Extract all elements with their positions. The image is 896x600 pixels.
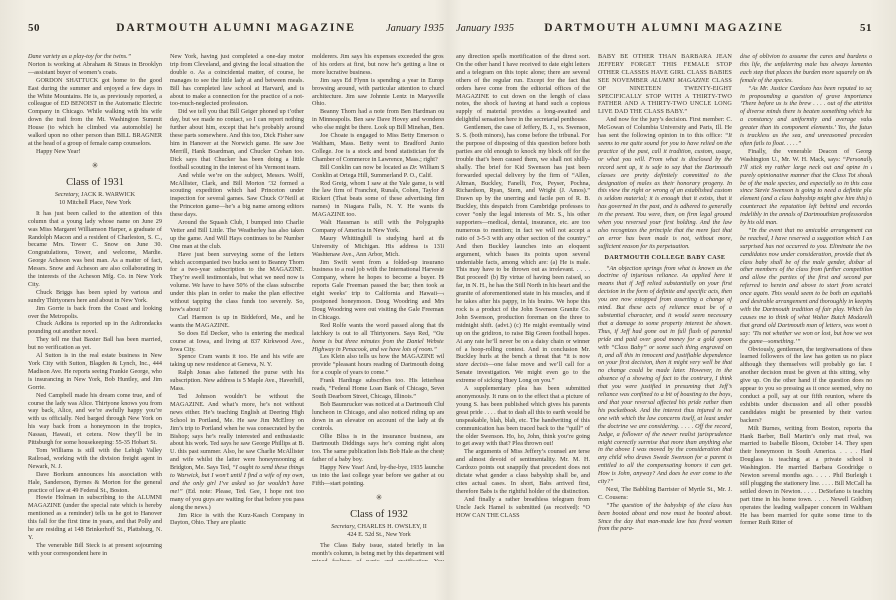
page-header-right: January 1935 DARTMOUTH ALUMNI MAGAZINE 5… xyxy=(456,22,872,40)
paragraph: “The question of the babyship of the cla… xyxy=(598,502,732,534)
paragraph: Dane variety as a play-toy for the twins… xyxy=(28,53,162,61)
paragraph: And while we’re on the subject, Messrs. … xyxy=(170,172,304,219)
secretary-line: Secretary, JACK R. WARWICK xyxy=(28,191,162,199)
text-columns: Dane variety as a play-toy for the twins… xyxy=(28,53,444,561)
page-number: 51 xyxy=(794,22,872,34)
text-column-2: BABY BE OTHER THAN BARBARA JEAN JEFFERY … xyxy=(598,53,732,561)
secretary-address: 10 Mitchell Place, New York xyxy=(28,199,162,207)
text-column-2: New York, having just completed a one-da… xyxy=(170,53,304,561)
paragraph: GORDON SHATTUCK got home to the good Eas… xyxy=(28,77,162,148)
paragraph: Around the Squash Club, I bumped into Ch… xyxy=(170,219,304,251)
paragraph: Finally, the venerable Deacon of George … xyxy=(740,148,872,227)
text-column-1: Dane variety as a play-toy for the twins… xyxy=(28,53,162,561)
paragraph: It has just been called to the attention… xyxy=(28,210,162,289)
paragraph: Next, The Babbling Barrister of Myrtle S… xyxy=(598,486,732,502)
issue-date: January 1935 xyxy=(456,23,534,34)
paragraph: Walt Hausman is still with the Polygraph… xyxy=(312,219,444,235)
paragraph: Tom Williams is still with the Lehigh Va… xyxy=(28,447,162,471)
paragraph: Les Klein also tells us how the MAGAZINE… xyxy=(312,353,444,377)
page-51: January 1935 DARTMOUTH ALUMNI MAGAZINE 5… xyxy=(448,0,896,600)
secretary-line: Secretary, CHARLES H. OWSLEY, II xyxy=(312,523,444,531)
paragraph: Dave Borkum announces his association wi… xyxy=(28,471,162,495)
paragraph: Chuck Adkins is reported up in the Adiro… xyxy=(28,320,162,336)
issue-date: January 1935 xyxy=(366,23,444,34)
paragraph: New York, having just completed a one-da… xyxy=(170,53,304,108)
paragraph: The Class Baby issue, stated briefly in … xyxy=(312,542,444,561)
paragraph: Bill Conklin can now be located as Dr. W… xyxy=(312,164,444,180)
paragraph: And now for the jury’s decision. First m… xyxy=(598,116,732,250)
paragraph: Al Sutton is in the real estate business… xyxy=(28,352,162,392)
paragraph: dise of oblivion to assume the cares and… xyxy=(740,53,872,85)
paragraph: Frank Hardinge subscribes too. His lette… xyxy=(312,377,444,401)
text-column-3: dise of oblivion to assume the cares and… xyxy=(740,53,872,561)
paragraph: Ollie Bliss is in the insurance business… xyxy=(312,433,444,465)
paragraph: BABY BE OTHER THAN BARBARA JEAN JEFFERY … xyxy=(598,53,732,116)
masthead-title: DARTMOUTH ALUMNI MAGAZINE xyxy=(534,22,794,34)
text-columns: any direction spells mortification of th… xyxy=(456,53,872,561)
paragraph: And finally a rather breathless telegram… xyxy=(456,496,590,520)
paragraph: Maury Whittinghill is studying hard at t… xyxy=(312,235,444,259)
magazine-spread: 50 DARTMOUTH ALUMNI MAGAZINE January 193… xyxy=(0,0,896,600)
paragraph: Did we tell you that Bill Geiger phoned … xyxy=(170,108,304,171)
paragraph: “As Mr. Justice Cardozo has been reputed… xyxy=(740,85,872,148)
text-column-1: any direction spells mortification of th… xyxy=(456,53,590,561)
paragraph: Rod Greig, whom I saw at the Yale game, … xyxy=(312,180,444,220)
section-subheading: DARTMOUTH COLLEGE BABY CASE xyxy=(598,254,732,262)
paragraph: Jim Swift went from a folded-up insuranc… xyxy=(312,259,444,322)
paragraph: Joe Choate is engaged to Miss Betty Emer… xyxy=(312,132,444,164)
paragraph: Obviously, gentlemen, the tergiversation… xyxy=(740,346,872,425)
paragraph: “An objection springs from what is known… xyxy=(598,265,732,486)
paragraph: Red Rolfe wants the word passed along th… xyxy=(312,322,444,354)
paragraph: Bob Baumrucker was noticed at a Dartmout… xyxy=(312,401,444,433)
paragraph: Beanny Thorn had a note from Ben Hardman… xyxy=(312,108,444,132)
paragraph: Jim Rice is with the Kurz-Kasch Company … xyxy=(170,512,304,528)
paragraph: The venerable Bill Steck is at present s… xyxy=(28,542,162,558)
paragraph: Milt Burnes, writing from Boston, report… xyxy=(740,425,872,528)
paragraph: Chuck Briggs has been spied by various a… xyxy=(28,289,162,305)
page-50: 50 DARTMOUTH ALUMNI MAGAZINE January 193… xyxy=(0,0,448,600)
paragraph: Norton is working at Abraham & Straus in… xyxy=(28,61,162,77)
text-column-3: molderers. Jim says his expenses exceede… xyxy=(312,53,444,561)
paragraph: Spence Cram wants it too. He and his wif… xyxy=(170,353,304,369)
paragraph: Ted Johnson wouldn’t be without the MAGA… xyxy=(170,393,304,512)
paragraph: Howie Holman in subscribing to the ALUMN… xyxy=(28,494,162,541)
paragraph: Jim Gorrie is back from the Coast and lo… xyxy=(28,305,162,321)
paragraph: The arguments of Miss Jeffery’s counsel … xyxy=(456,448,590,495)
paragraph: Ralph Jonas also fattened the purse with… xyxy=(170,369,304,393)
paragraph: Jim says Ed Flynn is spending a year in … xyxy=(312,77,444,109)
paragraph: They tell me that Baxter Ball has been m… xyxy=(28,336,162,352)
page-header-left: 50 DARTMOUTH ALUMNI MAGAZINE January 193… xyxy=(28,22,444,40)
section-ornament: ✳ xyxy=(28,161,162,171)
class-heading: Class of 1932 xyxy=(312,509,444,521)
masthead-title: DARTMOUTH ALUMNI MAGAZINE xyxy=(106,22,366,34)
paragraph: Carl Harmon is up in Biddeford, Me., and… xyxy=(170,314,304,330)
secretary-address: 424 E. 52d St., New York xyxy=(312,531,444,539)
class-heading: Class of 1931 xyxy=(28,177,162,189)
paragraph: any direction spells mortification of th… xyxy=(456,53,590,124)
paragraph: Have just been surveying some of the let… xyxy=(170,251,304,314)
paragraph: molderers. Jim says his expenses exceede… xyxy=(312,53,444,77)
paragraph: Ned Campbell made his dream come true, a… xyxy=(28,392,162,447)
section-ornament: ✳ xyxy=(312,493,444,503)
paragraph: Happy New Year! xyxy=(28,148,162,156)
paragraph: “In the event that no amicable arrangeme… xyxy=(740,227,872,346)
page-number: 50 xyxy=(28,22,106,34)
paragraph: Gentlemen, the case of Jeffery, B. J., v… xyxy=(456,124,590,385)
paragraph: Happy New Year! And, by-the-bye, 1935 la… xyxy=(312,464,444,488)
paragraph: So does Ed Decker, who is entering the m… xyxy=(170,330,304,354)
paragraph: A supplementary plea has been submitted … xyxy=(456,385,590,448)
